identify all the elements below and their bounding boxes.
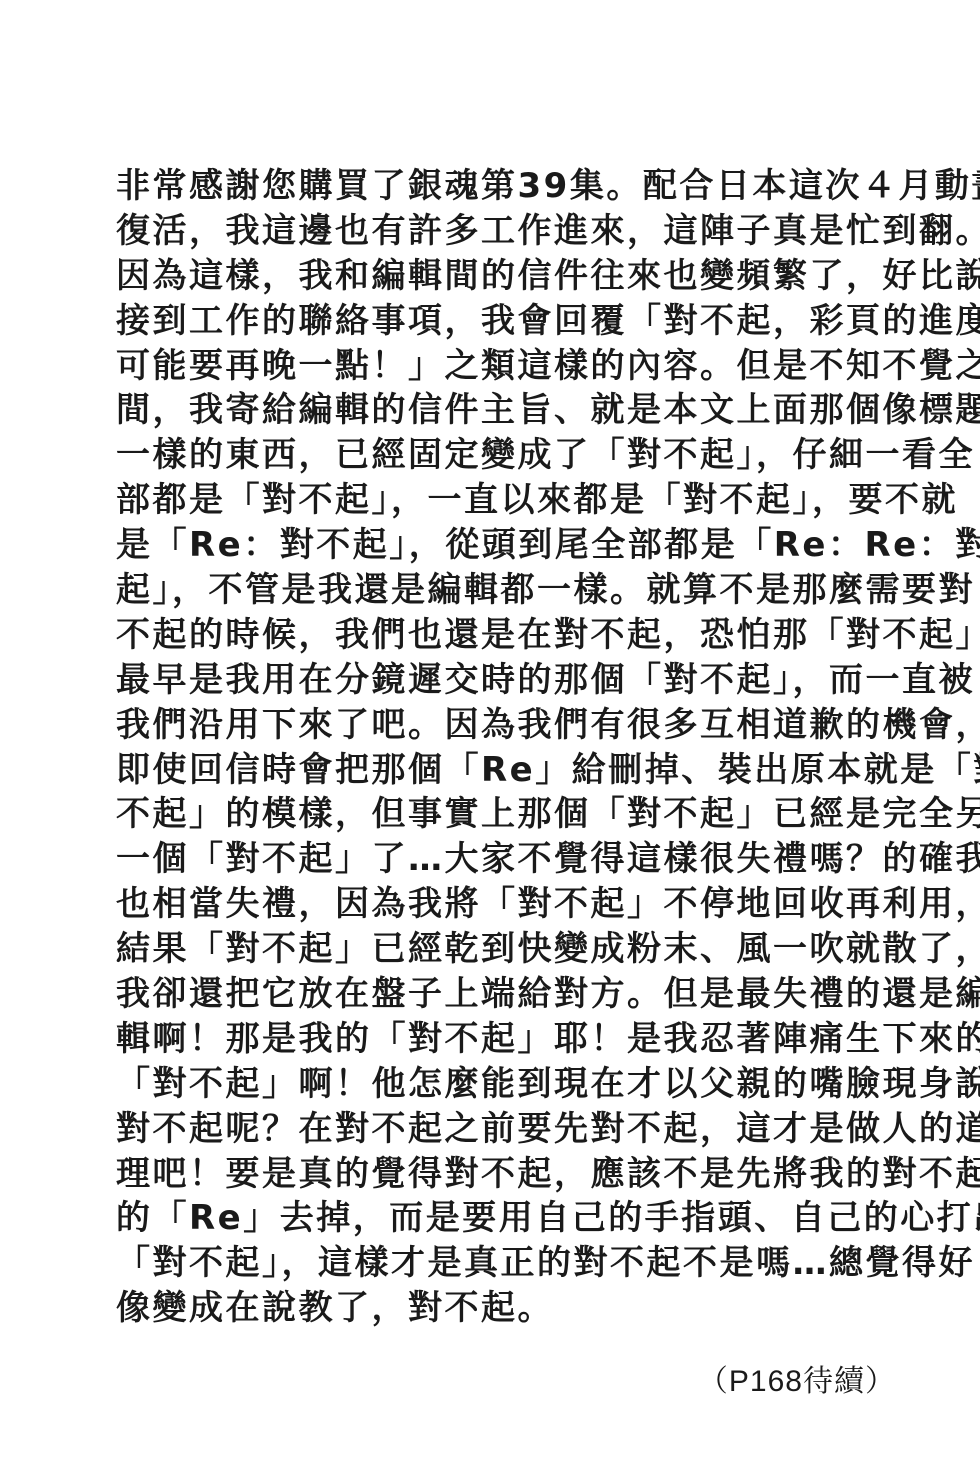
text-line: 復活，我這邊也有許多工作進來，這陣子真是忙到翻。: [116, 209, 896, 254]
text-line: 理吧！要是真的覺得對不起，應該不是先將我的對不起: [116, 1152, 896, 1197]
text-line: 的「Re」去掉，而是要用自己的手指頭、自己的心打出: [116, 1196, 896, 1241]
text-line: 「對不起」，這樣才是真正的對不起不是嗎…總覺得好: [116, 1241, 896, 1286]
continued-page-note: （P168待續）: [698, 1356, 896, 1400]
text-line: 輯啊！那是我的「對不起」耶！是我忍著陣痛生下來的: [116, 1017, 896, 1062]
text-line: 因為這樣，我和編輯間的信件往來也變頻繁了，好比說: [116, 254, 896, 299]
text-line: 我卻還把它放在盤子上端給對方。但是最失禮的還是編: [116, 972, 896, 1017]
text-line: 是「Re：對不起」，從頭到尾全部都是「Re：Re：對不: [116, 523, 896, 568]
text-line: 即使回信時會把那個「Re」給刪掉、裝出原本就是「對: [116, 748, 896, 793]
text-line: 間，我寄給編輯的信件主旨、就是本文上面那個像標題: [116, 388, 896, 433]
text-line: 部都是「對不起」，一直以來都是「對不起」，要不就: [116, 478, 896, 523]
text-line: 像變成在說教了，對不起。: [116, 1286, 896, 1331]
text-line: 結果「對不起」已經乾到快變成粉末、風一吹就散了，: [116, 927, 896, 972]
text-line: 不起的時候，我們也還是在對不起，恐怕那「對不起」: [116, 613, 896, 658]
text-line: 對不起呢？在對不起之前要先對不起，這才是做人的道: [116, 1107, 896, 1152]
afterword-body-text: 非常感謝您購買了銀魂第39集。配合日本這次４月動畫 復活，我這邊也有許多工作進來…: [116, 164, 896, 1331]
manga-afterword-page: 非常感謝您購買了銀魂第39集。配合日本這次４月動畫 復活，我這邊也有許多工作進來…: [0, 0, 980, 1474]
text-line: 我們沿用下來了吧。因為我們有很多互相道歉的機會，: [116, 703, 896, 748]
text-line: 可能要再晚一點！」之類這樣的內容。但是不知不覺之: [116, 344, 896, 389]
text-line: 「對不起」啊！他怎麼能到現在才以父親的嘴臉現身說: [116, 1062, 896, 1107]
text-line: 非常感謝您購買了銀魂第39集。配合日本這次４月動畫: [116, 164, 896, 209]
text-line: 不起」的模樣，但事實上那個「對不起」已經是完全另: [116, 792, 896, 837]
text-line: 也相當失禮，因為我將「對不起」不停地回收再利用，: [116, 882, 896, 927]
text-line: 最早是我用在分鏡遲交時的那個「對不起」，而一直被: [116, 658, 896, 703]
text-line: 一個「對不起」了…大家不覺得這樣很失禮嗎？的確我: [116, 837, 896, 882]
text-line: 接到工作的聯絡事項，我會回覆「對不起，彩頁的進度: [116, 299, 896, 344]
text-line: 起」，不管是我還是編輯都一樣。就算不是那麼需要對: [116, 568, 896, 613]
text-line: 一樣的東西，已經固定變成了「對不起」，仔細一看全: [116, 433, 896, 478]
